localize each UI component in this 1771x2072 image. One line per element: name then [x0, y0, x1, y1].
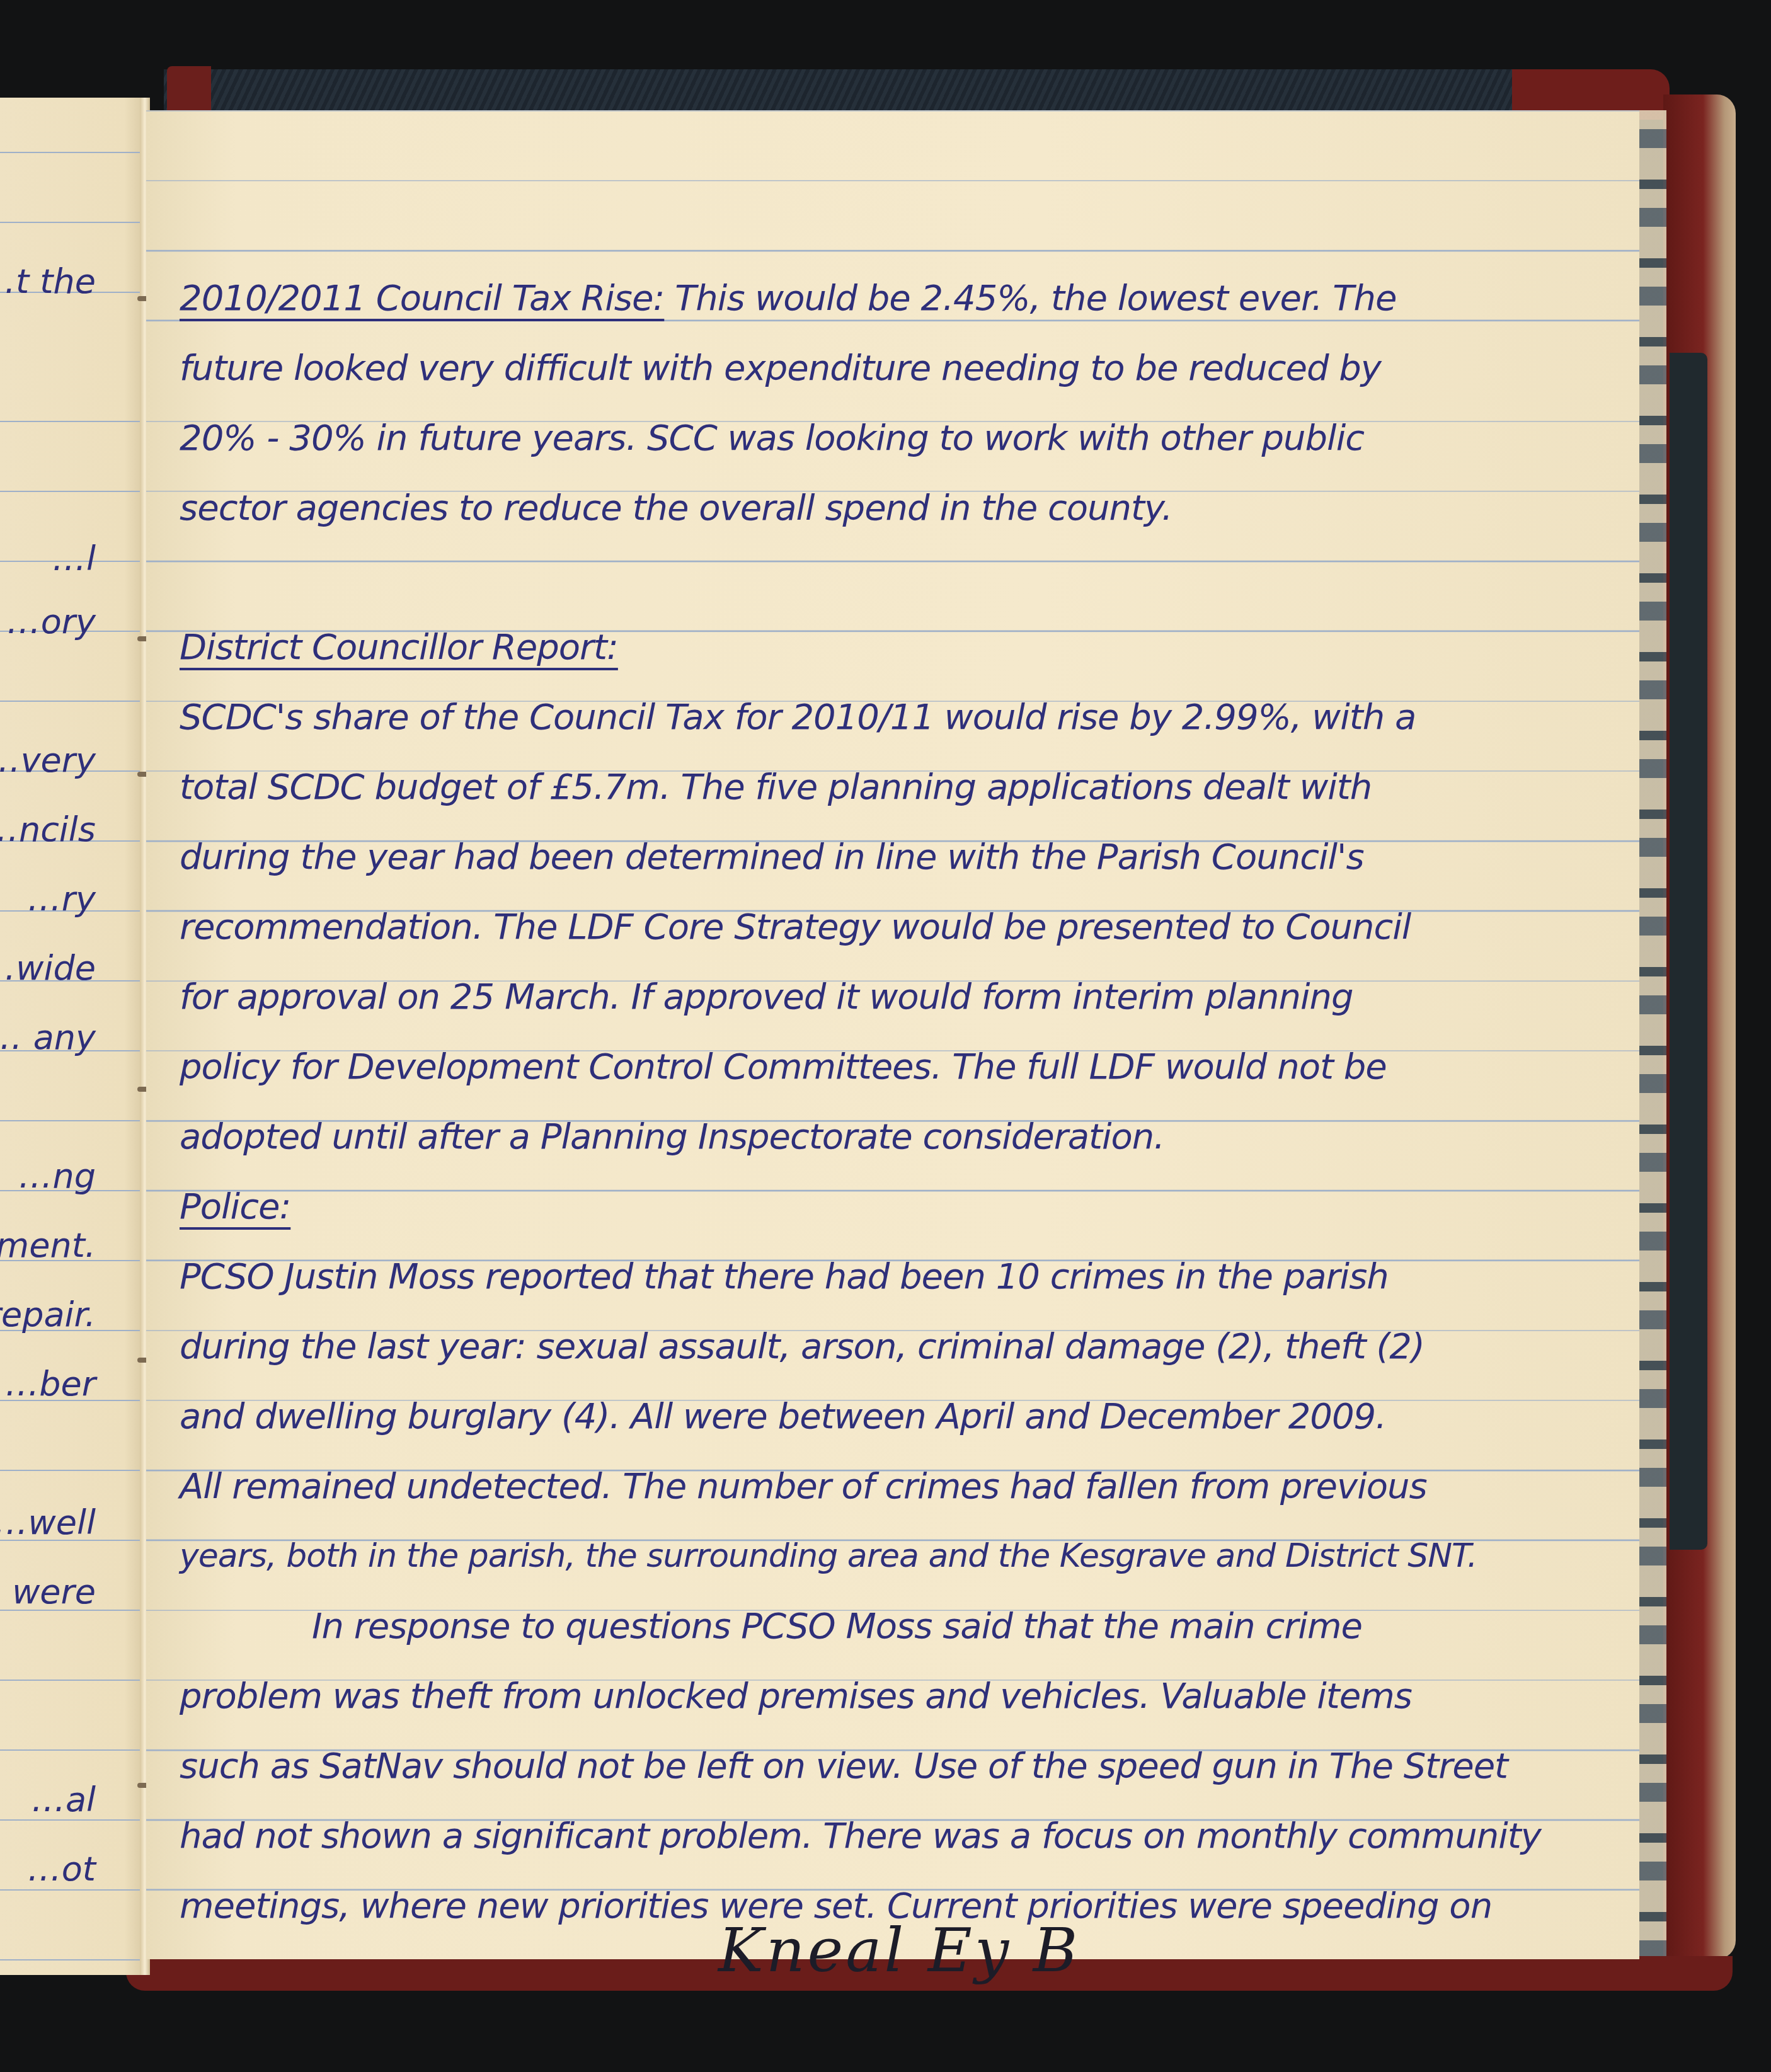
text-line: In response to questions PCSO Moss said … — [180, 1591, 1603, 1661]
text-line: This would be 2.45%, the lowest ever. Th… — [675, 278, 1396, 319]
text-line: during the last year: sexual assault, ar… — [180, 1312, 1603, 1382]
left-fragment: …ncils — [0, 810, 96, 849]
left-fragment: …ber — [5, 1364, 96, 1404]
text-line: All remained undetected. The number of c… — [180, 1451, 1603, 1521]
page-edges — [1638, 110, 1666, 1956]
left-fragment: …ernment. — [0, 1225, 96, 1265]
left-page-text-fragments: …t the …l …ory …very …ncils …ry …wide … … — [0, 98, 140, 1975]
left-fragment: …well — [0, 1502, 96, 1542]
text-line: total SCDC budget of £5.7m. The five pla… — [180, 752, 1603, 822]
left-fragment: …ng — [18, 1156, 96, 1196]
left-fragment: …ry — [28, 879, 96, 919]
left-fragment: …ot — [28, 1849, 96, 1889]
section-police: Police: PCSO Justin Moss reported that t… — [180, 1172, 1603, 1941]
cloth-binding-right — [1670, 353, 1707, 1550]
left-fragment: … were — [0, 1572, 96, 1611]
section-heading: Police: — [180, 1172, 1603, 1242]
text-line: adopted until after a Planning Inspector… — [180, 1102, 1603, 1172]
left-fragment: …l — [52, 539, 96, 578]
text-line: such as SatNav should not be left on vie… — [180, 1731, 1603, 1801]
left-page: …t the …l …ory …very …ncils …ry …wide … … — [0, 98, 146, 1975]
text-line: policy for Development Control Committee… — [180, 1032, 1603, 1102]
left-fragment: …wide — [0, 948, 96, 988]
section-heading: District Councillor Report: — [180, 612, 1603, 682]
text-line: sector agencies to reduce the overall sp… — [180, 473, 1603, 543]
section-district-councillor-report: District Councillor Report: SCDC's share… — [180, 612, 1603, 1172]
left-fragment: …very — [0, 740, 96, 780]
text-line: PCSO Justin Moss reported that there had… — [180, 1242, 1603, 1312]
book-cover-top — [164, 69, 1525, 113]
left-fragment: …repair. — [0, 1295, 96, 1334]
text-line: for approval on 25 March. If approved it… — [180, 962, 1603, 1032]
section-council-tax-rise: 2010/2011 Council Tax Rise: This would b… — [180, 263, 1603, 543]
text-line: 20% - 30% in future years. SCC was looki… — [180, 403, 1603, 473]
section-heading: 2010/2011 Council Tax Rise: — [180, 278, 664, 319]
text-line: during the year had been determined in l… — [180, 822, 1603, 892]
leather-corner-top-left — [167, 66, 211, 113]
left-fragment: …ory — [7, 602, 96, 641]
left-fragment: …al — [32, 1780, 96, 1819]
left-fragment: …t the — [0, 261, 96, 301]
text-line: years, both in the parish, the surroundi… — [180, 1521, 1603, 1591]
text-line: problem was theft from unlocked premises… — [180, 1661, 1603, 1731]
text-line: future looked very difficult with expend… — [180, 333, 1603, 403]
chairman-signature: Kneal Ey B — [718, 1915, 1080, 1986]
text-line: and dwelling burglary (4). All were betw… — [180, 1382, 1603, 1451]
left-fragment: … any — [0, 1017, 96, 1057]
text-line: SCDC's share of the Council Tax for 2010… — [180, 682, 1603, 752]
text-line: recommendation. The LDF Core Strategy wo… — [180, 892, 1603, 962]
text-line: had not shown a significant problem. The… — [180, 1801, 1603, 1871]
